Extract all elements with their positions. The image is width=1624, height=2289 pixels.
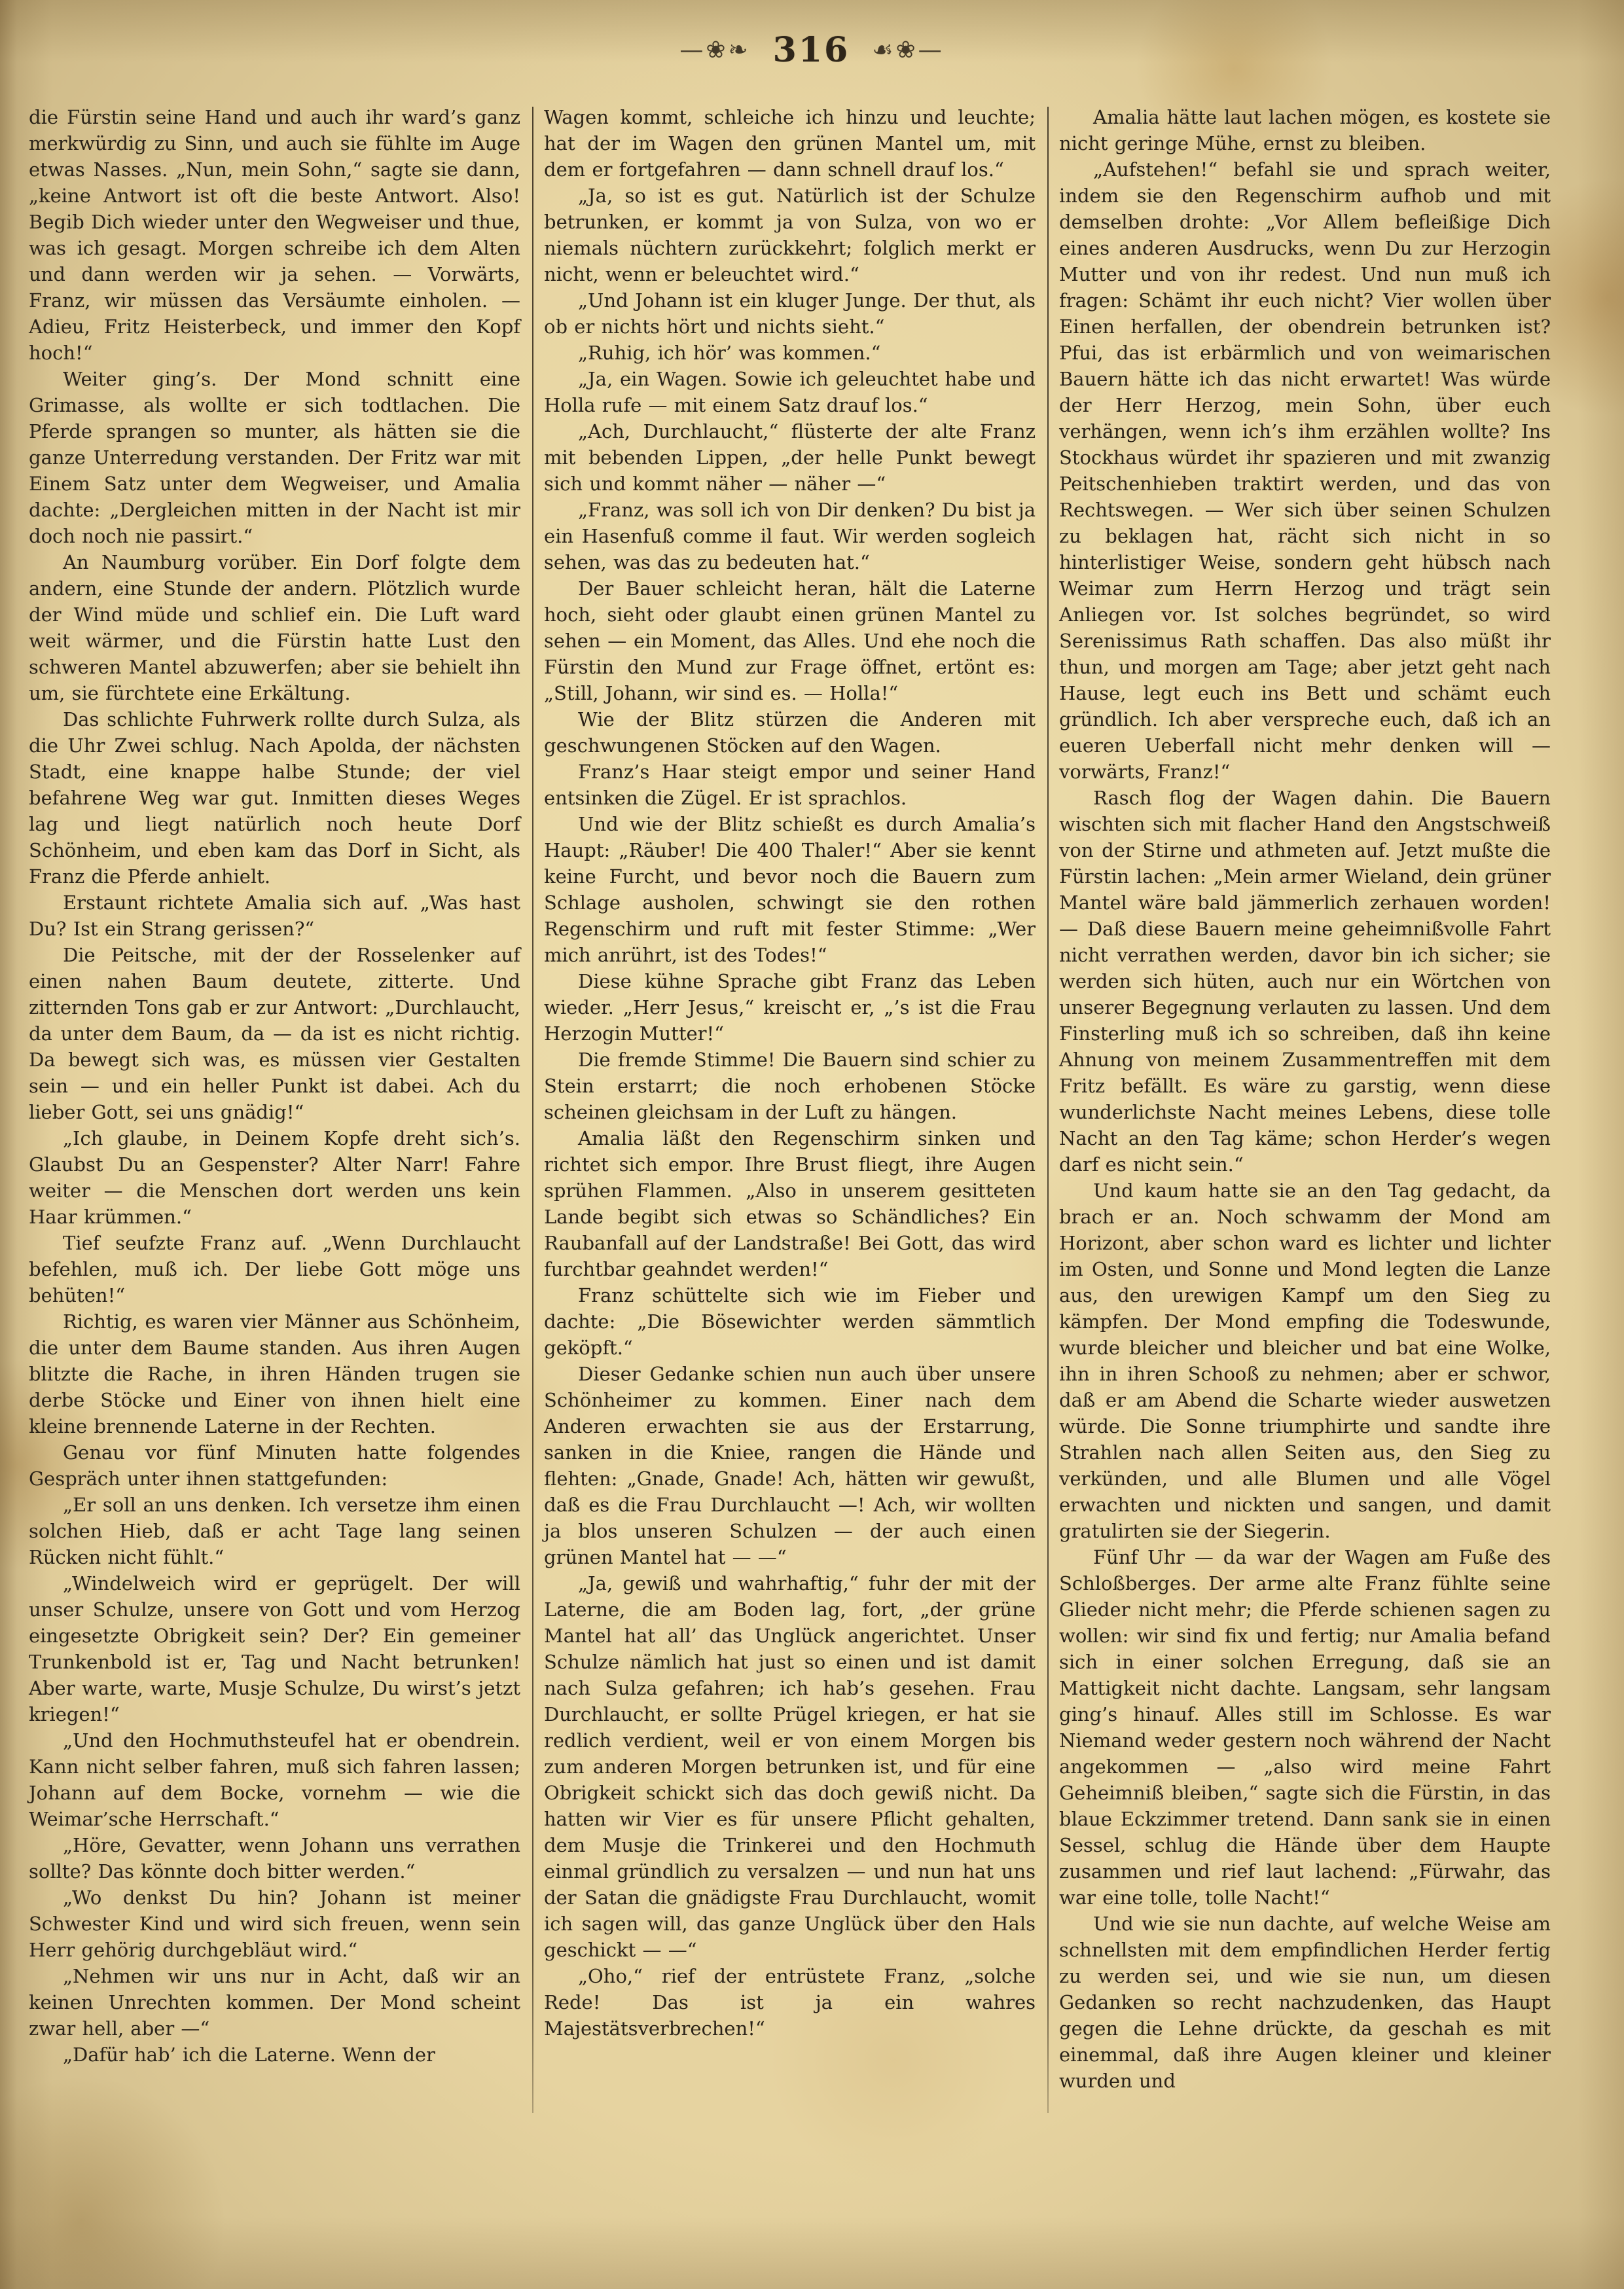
paragraph: „Oho,“ rief der entrüstete Franz, „solch…: [544, 1963, 1036, 2042]
paragraph: Wagen kommt, schleiche ich hinzu und leu…: [544, 104, 1036, 183]
paragraph: die Fürstin seine Hand und auch ihr ward…: [29, 104, 520, 366]
paragraph: Rasch flog der Wagen dahin. Die Bauern w…: [1059, 785, 1551, 1178]
paragraph: „Er soll an uns denken. Ich versetze ihm…: [29, 1492, 520, 1570]
text-column-3: Amalia hätte laut lachen mögen, es koste…: [1059, 104, 1551, 2113]
paragraph: Der Bauer schleicht heran, hält die Late…: [544, 575, 1036, 706]
paragraph: Die Peitsche, mit der der Rosselenker au…: [29, 942, 520, 1125]
page-number: 316: [773, 30, 850, 70]
paragraph: Dieser Gedanke schien nun auch über unse…: [544, 1361, 1036, 1570]
paragraph: Tief seufzte Franz auf. „Wenn Durchlauch…: [29, 1230, 520, 1308]
column-rule: [532, 107, 533, 2113]
paragraph: Weiter ging’s. Der Mond schnitt eine Gri…: [29, 366, 520, 549]
paragraph: Das schlichte Fuhrwerk rollte durch Sulz…: [29, 706, 520, 890]
paragraph: An Naumburg vorüber. Ein Dorf folgte dem…: [29, 549, 520, 706]
paragraph: Amalia hätte laut lachen mögen, es koste…: [1059, 104, 1551, 156]
paragraph: „Ja, so ist es gut. Natürlich ist der Sc…: [544, 183, 1036, 287]
paragraph: Und wie der Blitz schießt es durch Amali…: [544, 811, 1036, 968]
text-column-2: Wagen kommt, schleiche ich hinzu und leu…: [544, 104, 1036, 2113]
column-rule: [1047, 107, 1049, 2113]
paragraph: Fünf Uhr — da war der Wagen am Fuße des …: [1059, 1544, 1551, 1911]
page-header: —❀❧316☙❀—: [0, 30, 1624, 70]
text-columns: die Fürstin seine Hand und auch ihr ward…: [29, 104, 1551, 2113]
paragraph: „Ja, ein Wagen. Sowie ich geleuchtet hab…: [544, 366, 1036, 418]
ornament-left-icon: —❀❧: [679, 37, 750, 63]
ornament-right-icon: ☙❀—: [872, 37, 944, 63]
paragraph: „Ruhig, ich hör’ was kommen.“: [544, 340, 1036, 366]
paragraph: Genau vor fünf Minuten hatte folgendes G…: [29, 1439, 520, 1492]
paragraph: „Ja, gewiß und wahrhaftig,“ fuhr der mit…: [544, 1570, 1036, 1963]
paragraph: „Aufstehen!“ befahl sie und sprach weite…: [1059, 156, 1551, 785]
paragraph: „Wo denkst Du hin? Johann ist meiner Sch…: [29, 1884, 520, 1963]
paragraph: Richtig, es waren vier Männer aus Schönh…: [29, 1308, 520, 1439]
book-page: —❀❧316☙❀— die Fürstin seine Hand und auc…: [0, 0, 1624, 2289]
paragraph: Erstaunt richtete Amalia sich auf. „Was …: [29, 890, 520, 942]
paragraph: Amalia läßt den Regenschirm sinken und r…: [544, 1125, 1036, 1282]
paragraph: „Dafür hab’ ich die Laterne. Wenn der: [29, 2042, 520, 2068]
paragraph: „Ach, Durchlaucht,“ flüsterte der alte F…: [544, 418, 1036, 497]
paragraph: Und wie sie nun dachte, auf welche Weise…: [1059, 1911, 1551, 2094]
paragraph: „Und Johann ist ein kluger Junge. Der th…: [544, 287, 1036, 340]
paragraph: Und kaum hatte sie an den Tag gedacht, d…: [1059, 1178, 1551, 1544]
paragraph: Wie der Blitz stürzen die Anderen mit ge…: [544, 706, 1036, 759]
paragraph: „Windelweich wird er geprügelt. Der will…: [29, 1570, 520, 1727]
paragraph: Diese kühne Sprache gibt Franz das Leben…: [544, 968, 1036, 1047]
paragraph: „Höre, Gevatter, wenn Johann uns verrath…: [29, 1832, 520, 1884]
text-column-1: die Fürstin seine Hand und auch ihr ward…: [29, 104, 520, 2113]
paragraph: „Ich glaube, in Deinem Kopfe dreht sich’…: [29, 1125, 520, 1230]
paragraph: „Und den Hochmuthsteufel hat er obendrei…: [29, 1727, 520, 1832]
paragraph: „Franz, was soll ich von Dir denken? Du …: [544, 497, 1036, 575]
paragraph: Franz schüttelte sich wie im Fieber und …: [544, 1282, 1036, 1361]
paragraph: Franz’s Haar steigt empor und seiner Han…: [544, 759, 1036, 811]
paragraph: Die fremde Stimme! Die Bauern sind schie…: [544, 1047, 1036, 1125]
paragraph: „Nehmen wir uns nur in Acht, daß wir an …: [29, 1963, 520, 2042]
